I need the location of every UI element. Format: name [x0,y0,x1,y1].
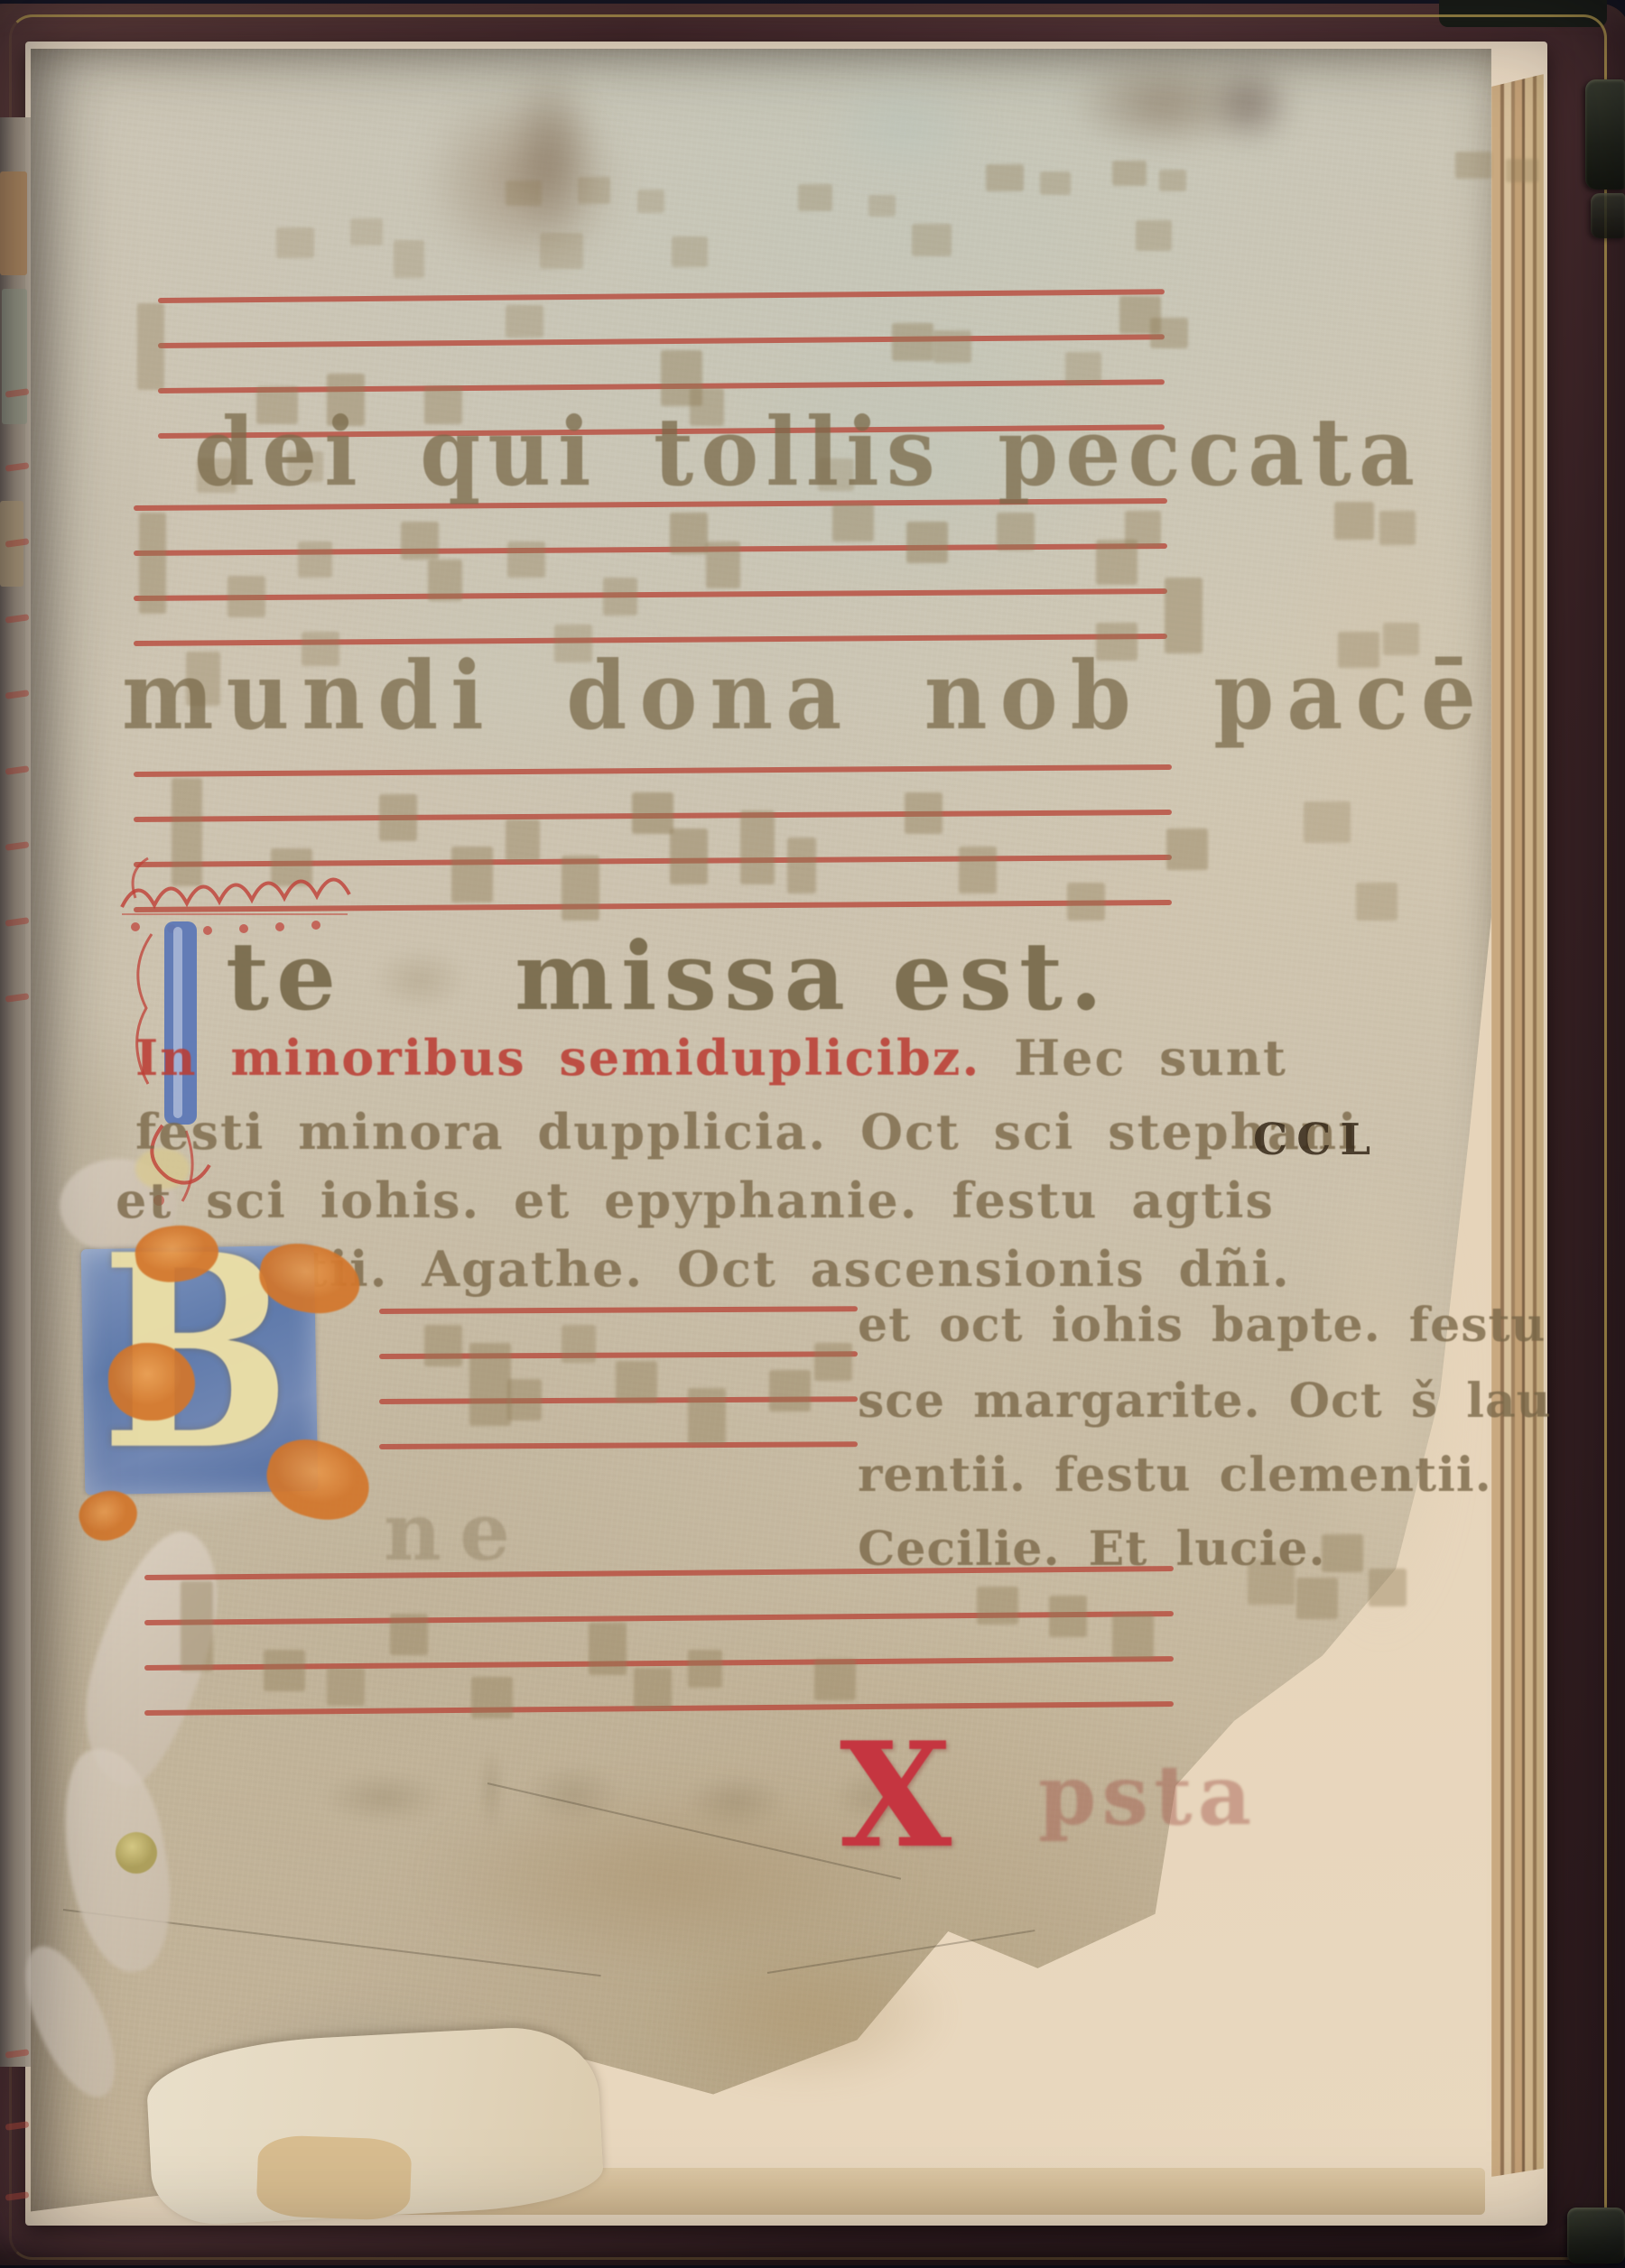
neume-note [798,184,832,211]
photo-backdrop: dei qui tollis peccata mundi dona nob pa… [0,0,1625,2268]
rubric-red-text: In minoribus semiduplicibz. [135,1029,980,1087]
flower-ornament [108,1343,195,1421]
neume-note [986,164,1024,191]
neume-note [506,181,542,206]
neume-note [298,542,332,578]
neume-note [959,847,997,893]
neume-note [1049,1596,1087,1637]
neume-note [1166,829,1208,870]
neume-note [578,177,610,204]
gutter-fragment [2,289,27,424]
neume-note [1356,883,1397,921]
neume-note [227,576,265,617]
neume-note [562,1325,596,1363]
rubric-right-3: rentii. festu clementii. [858,1448,1492,1503]
neume-note [264,1650,305,1691]
neume-note [1125,511,1161,547]
neume-note [1112,1614,1154,1659]
neume-note [832,504,874,542]
faded-chant-fragment: ne [384,1485,528,1578]
neume-note [688,1388,726,1444]
neume-note [632,792,673,834]
neume-note [401,522,439,560]
neume-note [1112,161,1147,186]
chant-line-2: mundi dona nob pacē [122,641,1489,751]
neume-note [1067,883,1105,921]
clasp-top [1585,79,1625,190]
clasp-bottom [1567,2208,1625,2263]
neume-note [506,819,540,861]
neume-note [1136,220,1172,251]
neume-note [637,190,664,213]
neume-note [562,856,599,921]
neume-note [451,847,493,903]
neume-note [1334,502,1374,540]
christe-fragment: psta [1038,1746,1257,1844]
neume-note [787,838,816,893]
neume-note [390,1614,428,1655]
clasp-mid [1591,193,1625,238]
rubric-right-4: Cecilie. Et lucie. [858,1522,1326,1577]
repair-patch-fragment [255,2134,412,2221]
neume-note [137,303,164,390]
neume-note [507,1379,542,1421]
marginal-ornament-ball [116,1832,157,1874]
neume-note [769,1370,811,1412]
gutter-fragment [0,171,27,275]
neume-note [977,1587,1018,1625]
neume-note [912,224,952,256]
christe-initial: X [840,1710,952,1880]
neume-note [424,1325,462,1366]
neume-note [933,330,971,363]
neume-note [634,1668,672,1709]
neume-note [1304,801,1351,843]
neume-note [350,218,383,245]
chant-ite: te [226,921,343,1032]
neume-note [1369,1569,1407,1606]
neume-note [507,542,545,578]
rubric-line-1: In minoribus semiduplicibz. Hec sunt [135,1029,1287,1087]
chant-line-1: dei qui tollis peccata [194,397,1422,507]
neume-note [589,1623,627,1675]
neume-note [469,1343,511,1426]
chant-missa-est: missa est. [515,921,1110,1032]
neume-note [1379,511,1416,545]
neume-note [506,305,543,338]
neume-note [1040,171,1071,195]
neume-note [616,1361,657,1402]
folio-number: CCL [1253,1115,1379,1165]
neume-note [379,794,417,841]
neume-note [276,227,314,258]
neume-note [688,1650,722,1688]
neume-note [814,1343,852,1381]
neume-note [428,560,462,601]
neume-note [1159,170,1186,191]
neume-note [905,792,942,834]
neume-note [706,542,740,588]
neume-note [906,522,948,563]
neume-note [1455,152,1491,179]
neume-note [997,513,1035,551]
spine-hardware [1439,0,1607,27]
rubric-line-1-tail: Hec sunt [1014,1029,1287,1087]
neume-note [670,829,708,884]
neume-note [471,1677,513,1718]
neume-note [1296,1578,1338,1619]
rubric-line-2: festi minora dupplicia. Oct sci stephani [135,1103,1359,1161]
rubric-right-1: et oct iohis bapte. festu [858,1298,1546,1353]
page-edges [1491,74,1544,2177]
neume-note [139,513,166,614]
neume-note [1322,1534,1363,1572]
neume-note [892,323,933,361]
neume-note [740,810,775,884]
neume-note [1065,352,1101,384]
neume-note [540,233,583,269]
neume-note [1150,318,1188,348]
neume-note [181,1581,213,1671]
rubric-right-2: sce margarite. Oct š lau [858,1374,1551,1429]
neume-note [327,1668,365,1706]
neume-note [868,195,896,217]
neume-note [603,578,637,616]
neume-note [394,240,424,278]
neume-note [672,236,708,267]
neume-note [814,1659,856,1700]
neume-note [1506,159,1538,182]
neume-note [670,513,708,554]
